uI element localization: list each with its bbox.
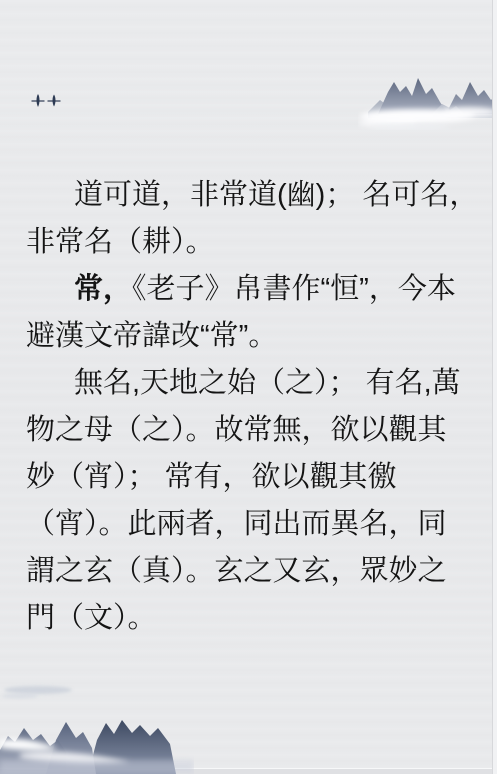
paragraph-1: 道可道，非常道(幽)； 名可名， 非常名（耕）。 bbox=[26, 172, 472, 266]
annotation-headword: 常， bbox=[74, 273, 132, 305]
text-line: 非常名（耕）。 bbox=[26, 219, 472, 266]
right-page-edge bbox=[492, 0, 497, 774]
mountains-bottom-left-decoration bbox=[0, 678, 194, 774]
text-line: 避漢文帝諱改“常”。 bbox=[26, 313, 472, 360]
paragraph-2-annotation: 常，《老子》帛書作“恒”，今本 避漢文帝諱改“常”。 bbox=[26, 266, 472, 360]
flying-birds-icon bbox=[30, 92, 66, 110]
page-text: 道可道，非常道(幽)； 名可名， 非常名（耕）。 常，《老子》帛書作“恒”，今本… bbox=[26, 172, 472, 642]
reader-page[interactable]: 道可道，非常道(幽)； 名可名， 非常名（耕）。 常，《老子》帛書作“恒”，今本… bbox=[0, 0, 497, 774]
text-line: 物之母（之）。故常無，欲以觀其 bbox=[26, 407, 472, 454]
annotation-text: 《老子》帛書作“恒”，今本 bbox=[132, 273, 456, 305]
text-line: 道可道，非常道(幽)； 名可名， bbox=[26, 172, 472, 219]
mountains-top-right-decoration bbox=[358, 66, 497, 130]
text-line: 謂之玄（真）。玄之又玄，眾妙之 bbox=[26, 548, 472, 595]
text-line: 妙（宵）； 常有，欲以觀其徼 bbox=[26, 454, 472, 501]
text-line: 門（文）。 bbox=[26, 595, 472, 642]
paragraph-3: 無名,天地之始（之）； 有名,萬 物之母（之）。故常無，欲以觀其 妙（宵）； 常… bbox=[26, 360, 472, 642]
text-line: 無名,天地之始（之）； 有名,萬 bbox=[26, 360, 472, 407]
text-line: 常，《老子》帛書作“恒”，今本 bbox=[26, 266, 472, 313]
text-line: （宵）。此兩者，同出而異名，同 bbox=[26, 501, 472, 548]
